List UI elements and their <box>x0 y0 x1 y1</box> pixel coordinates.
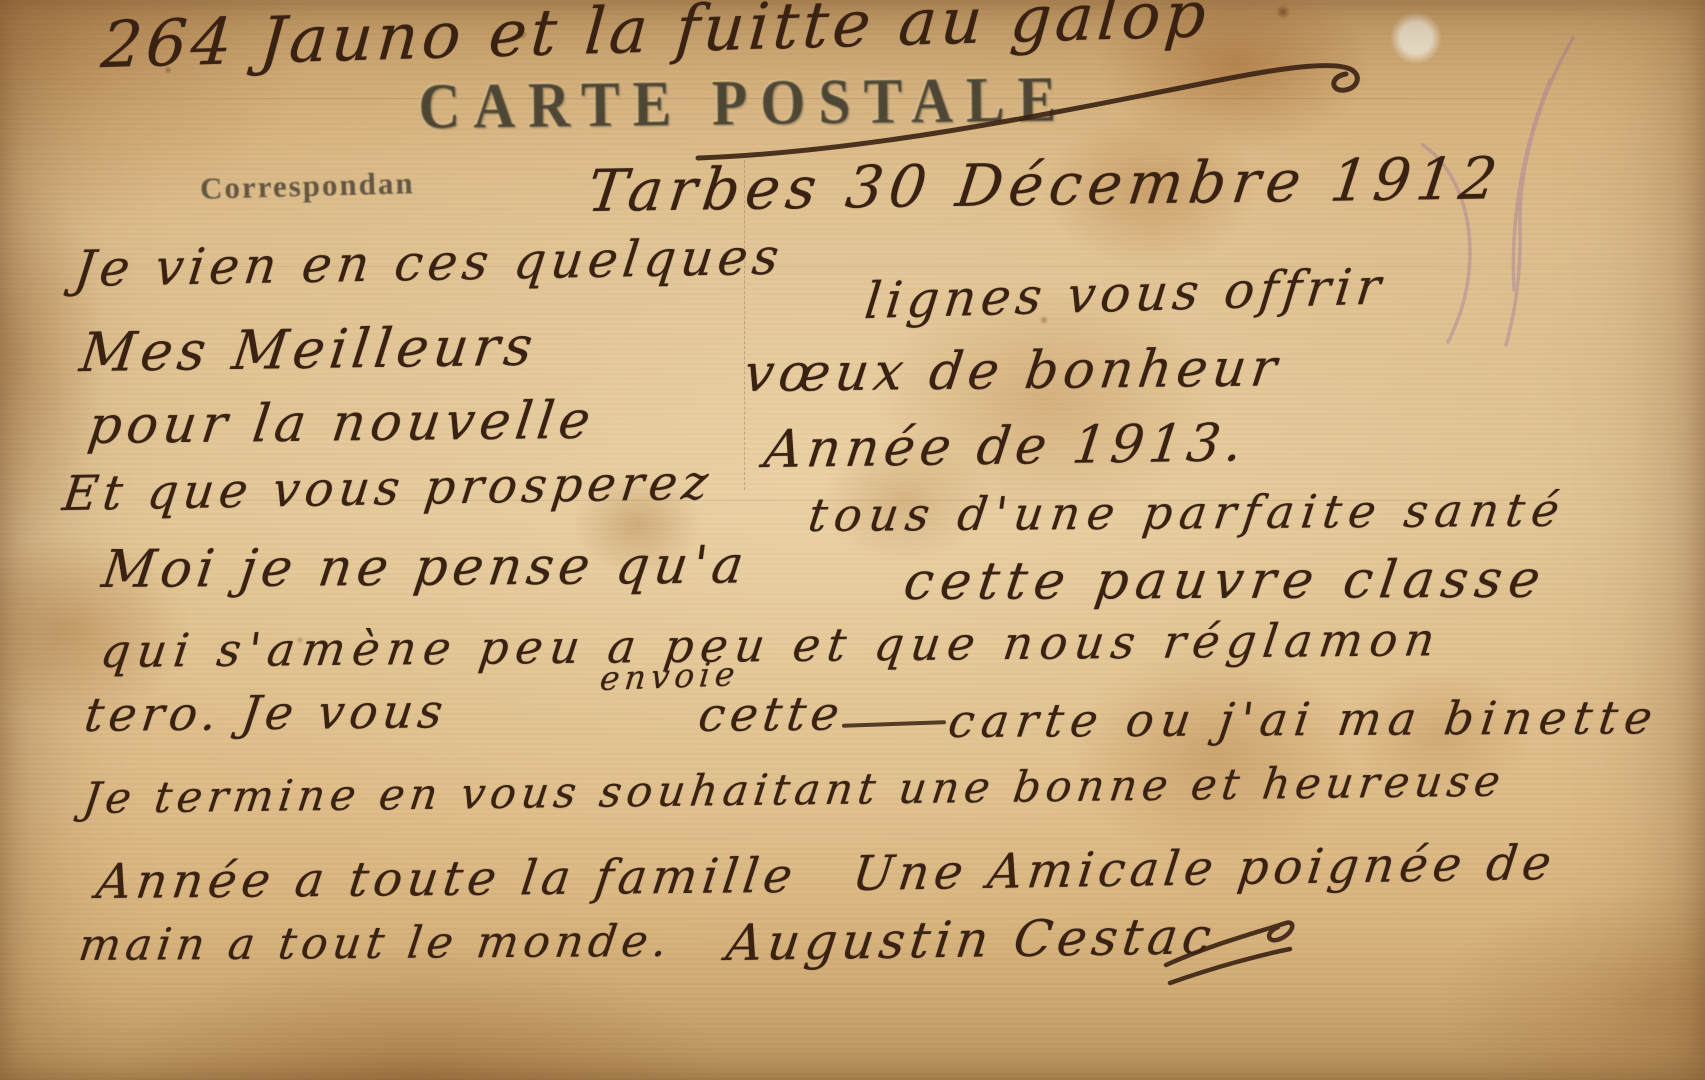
message-line-10: main a tout le monde. <box>76 920 674 968</box>
message-line-1a: Je vien en ces quelques <box>72 232 787 294</box>
postcard-back: 264 Jauno et la fuitte au galop CARTE PO… <box>0 0 1705 1080</box>
message-line-5b: cette pauvre classe <box>901 554 1550 608</box>
message-line-3a: pour la nouvelle <box>85 395 598 452</box>
message-line-9b: Une Amicale poignée de <box>850 839 1559 898</box>
correspondence-stamp: Correspondan <box>200 167 415 204</box>
message-line-3b: Année de 1913. <box>761 417 1250 476</box>
message-line-7c: carte ou j'ai ma binette <box>946 694 1662 744</box>
pen-dash <box>842 720 946 728</box>
message-line-9a: Année a toute la famille <box>94 852 800 906</box>
message-line-2b: vœux de bonheur <box>741 342 1284 400</box>
signature-flourish <box>1160 905 1300 995</box>
signature: Augustin Cestac <box>724 911 1219 968</box>
message-line-4b: tous d'une parfaite santé <box>806 487 1569 538</box>
message-line-1b: lignes vous offrir <box>862 261 1388 326</box>
message-line-4a: Et que vous prosperez <box>60 459 715 518</box>
message-line-2a: Mes Meilleurs <box>77 320 540 380</box>
message-line-8: Je termine en vous souhaitant une bonne … <box>80 761 1507 821</box>
message-line-5a: Moi je ne pense qu'a <box>99 539 751 596</box>
message-line-6: qui s'amène peu a peu et que nous réglam… <box>98 616 1444 674</box>
dateline: Tarbes 30 Décembre 1912 <box>585 149 1506 220</box>
message-line-7a: tero. Je vous <box>82 688 450 739</box>
message-line-7b: cette <box>696 690 847 739</box>
